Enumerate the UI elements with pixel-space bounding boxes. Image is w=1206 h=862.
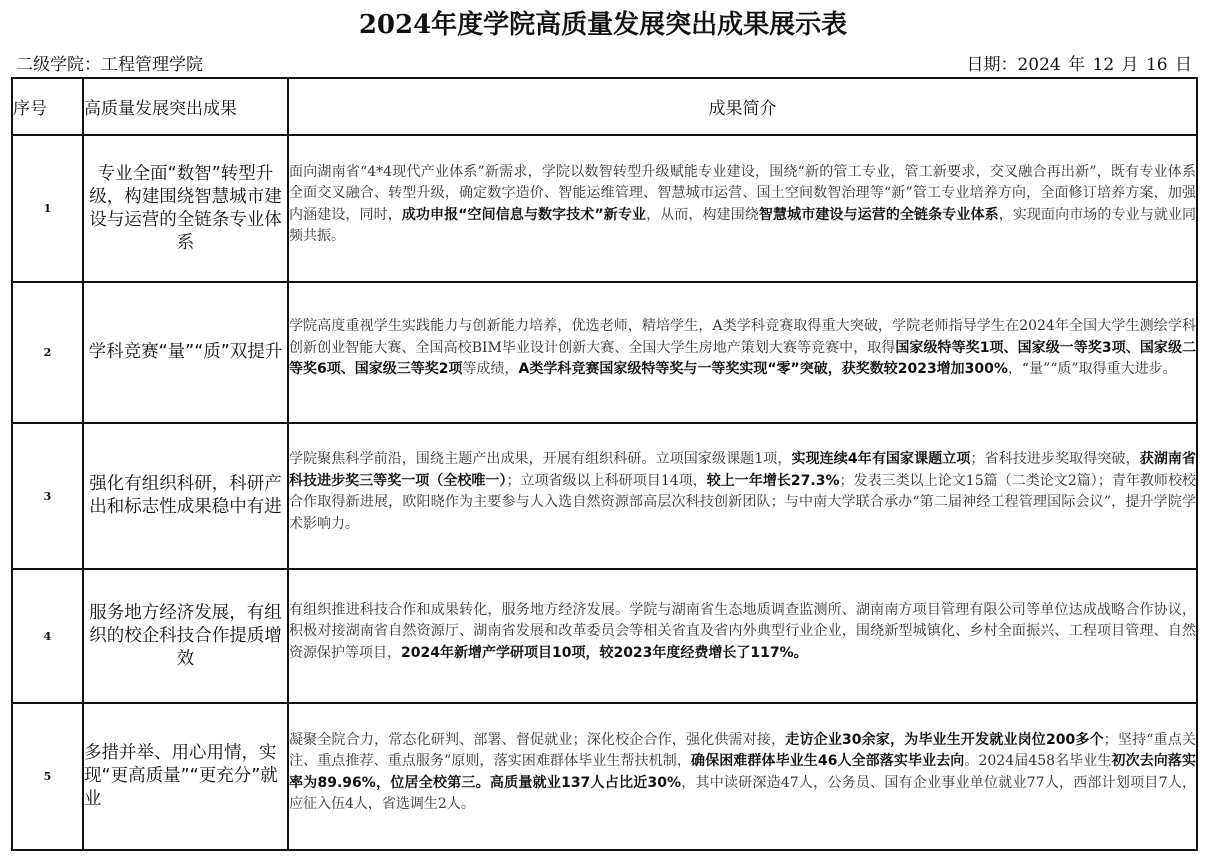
- table-row: 4 服务地方经济发展，有组织的校企科技合作提质增效 有组织推进科技合作和成果转化…: [12, 569, 1197, 703]
- row-index: 4: [12, 569, 83, 703]
- header-summary: 成果简介: [288, 78, 1197, 135]
- row-summary: 有组织推进科技合作和成果转化，服务地方经济发展。学院与湖南省生态地质调查监测所、…: [288, 569, 1197, 703]
- body-text: 学院聚焦科学前沿，围绕主题产出成果，开展有组织科研。立项国家级课题1项，: [289, 451, 791, 467]
- row-index: 3: [12, 423, 83, 569]
- body-text: ；立项省级以上科研项目14项，: [507, 473, 707, 489]
- header-achievement: 高质量发展突出成果: [83, 78, 288, 135]
- highlight-text: 确保困难群体毕业生46人全部落实毕业去向: [691, 753, 964, 769]
- summary-text: 凝聚全院合力，常态化研判、部署、督促就业；深化校企合作，强化供需对接，走访企业3…: [289, 730, 1196, 816]
- row-title: 专业全面“数智”转型升级，构建围绕智慧城市建设与运营的全链条专业体系: [83, 135, 288, 282]
- header-index: 序号: [12, 78, 83, 135]
- body-text: ；省科技进步奖取得突破，: [971, 451, 1140, 467]
- body-text: 凝聚全院合力，常态化研判、部署、督促就业；深化校企合作，强化供需对接，: [289, 732, 785, 748]
- highlight-text: 较上一年增长27.3%: [707, 473, 840, 489]
- row-summary: 学院高度重视学生实践能力与创新能力培养，优选老师，精培学生，A类学科竞赛取得重大…: [288, 282, 1197, 423]
- highlight-text: 实现连续4年有国家课题立项: [791, 451, 970, 467]
- body-text: ，“量”“质”取得重大进步。: [1008, 361, 1177, 377]
- table-row: 1 专业全面“数智”转型升级，构建围绕智慧城市建设与运营的全链条专业体系 面向湖…: [12, 135, 1197, 282]
- row-title: 多措并举、用心用情，实现“更高质量”“更充分”就业: [83, 703, 288, 850]
- highlight-text: 走访企业30余家，为毕业生开发就业岗位200多个: [785, 732, 1103, 748]
- summary-text: 有组织推进科技合作和成果转化，服务地方经济发展。学院与湖南省生态地质调查监测所、…: [289, 600, 1196, 665]
- table-row: 5 多措并举、用心用情，实现“更高质量”“更充分”就业 凝聚全院合力，常态化研判…: [12, 703, 1197, 850]
- achievements-table: 序号 高质量发展突出成果 成果简介 1 专业全面“数智”转型升级，构建围绕智慧城…: [11, 77, 1198, 851]
- row-summary: 面向湖南省“4*4现代产业体系”新需求，学院以数智转型升级赋能专业建设，围绕“新…: [288, 135, 1197, 282]
- body-text: 等成绩，: [462, 361, 518, 377]
- row-summary: 学院聚焦科学前沿，围绕主题产出成果，开展有组织科研。立项国家级课题1项，实现连续…: [288, 423, 1197, 569]
- highlight-text: 智慧城市建设与运营的全链条专业体系: [759, 207, 999, 223]
- row-index: 1: [12, 135, 83, 282]
- table-row: 2 学科竞赛“量”“质”双提升 学院高度重视学生实践能力与创新能力培养，优选老师…: [12, 282, 1197, 423]
- summary-text: 学院高度重视学生实践能力与创新能力培养，优选老师，精培学生，A类学科竞赛取得重大…: [289, 316, 1196, 381]
- row-index: 5: [12, 703, 83, 850]
- table-header-row: 序号 高质量发展突出成果 成果简介: [12, 78, 1197, 135]
- row-title: 服务地方经济发展，有组织的校企科技合作提质增效: [83, 569, 288, 703]
- highlight-text: 成功申报“空间信息与数字技术”新专业: [402, 207, 646, 223]
- highlight-text: A类学科竞赛国家级特等奖与一等奖实现“零”突破，获奖数较2023增加300%: [518, 361, 1007, 377]
- body-text: ，从而，构建围绕: [646, 207, 759, 223]
- summary-text: 面向湖南省“4*4现代产业体系”新需求，学院以数智转型升级赋能专业建设，围绕“新…: [289, 162, 1196, 248]
- document-title: 2024年度学院高质量发展突出成果展示表: [0, 4, 1206, 41]
- date-label: 日期：2024 年 12 月 16 日: [966, 50, 1192, 75]
- highlight-text: 2024年新增产学研项目10项，较2023年度经费增长了117%。: [401, 645, 808, 661]
- table-row: 3 强化有组织科研，科研产出和标志性成果稳中有进 学院聚焦科学前沿，围绕主题产出…: [12, 423, 1197, 569]
- college-label: 二级学院：工程管理学院: [16, 50, 203, 75]
- row-title: 强化有组织科研，科研产出和标志性成果稳中有进: [83, 423, 288, 569]
- row-title: 学科竞赛“量”“质”双提升: [83, 282, 288, 423]
- row-summary: 凝聚全院合力，常态化研判、部署、督促就业；深化校企合作，强化供需对接，走访企业3…: [288, 703, 1197, 850]
- row-index: 2: [12, 282, 83, 423]
- summary-text: 学院聚焦科学前沿，围绕主题产出成果，开展有组织科研。立项国家级课题1项，实现连续…: [289, 449, 1196, 535]
- body-text: 。2024届458名毕业生: [964, 753, 1111, 769]
